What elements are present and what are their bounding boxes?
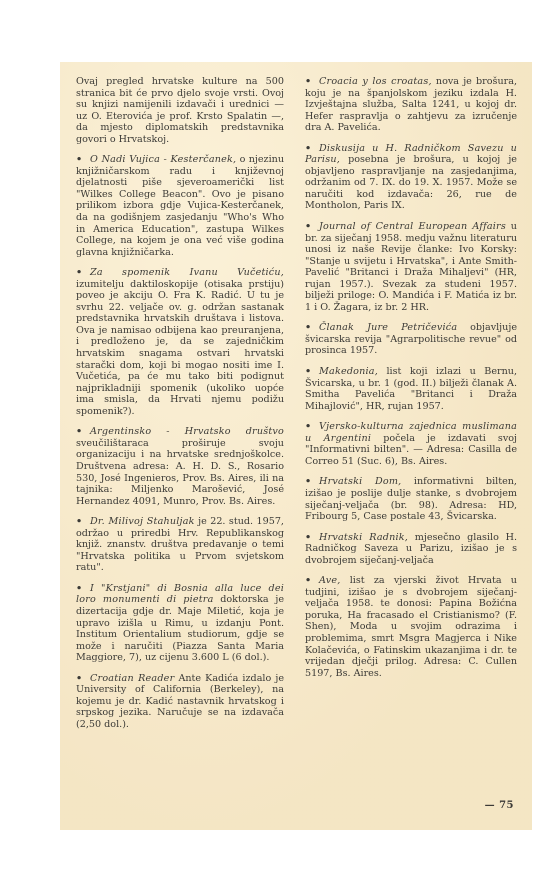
bullet-icon: • xyxy=(305,221,319,233)
news-item: •Argentinsko - Hrvatsko društvo sveučili… xyxy=(76,426,284,507)
bullet-icon: • xyxy=(76,673,90,685)
item-text: Ovaj pregled hrvatske kulture na 500 str… xyxy=(76,76,284,145)
item-title: Journal of Central European Affairs xyxy=(319,221,506,232)
bullet-icon: • xyxy=(305,532,319,544)
bullet-icon: • xyxy=(305,421,319,433)
page-number: — 75 xyxy=(485,800,514,811)
item-title: Croacia y los croatas, xyxy=(319,76,432,87)
bullet-icon: • xyxy=(305,476,319,488)
bullet-icon: • xyxy=(305,143,319,155)
news-item: Ovaj pregled hrvatske kulture na 500 str… xyxy=(76,76,284,145)
news-item: •Diskusija u H. Radničkom Savezu u Paris… xyxy=(305,143,517,212)
news-item: •Hrvatski Dom, informativni bilten, iziš… xyxy=(305,476,517,522)
right-column: •Croacia y los croatas, nova je brošura,… xyxy=(305,76,517,688)
item-title: Makedonia, xyxy=(319,366,378,377)
news-item: •Članak Jure Petričevića objavljuje švic… xyxy=(305,322,517,357)
bullet-icon: • xyxy=(305,76,319,88)
scanned-page: Ovaj pregled hrvatske kulture na 500 str… xyxy=(60,62,532,830)
item-title: Hrvatski Dom, xyxy=(319,476,401,487)
item-title: Hrvatski Radnik, xyxy=(319,532,408,543)
bullet-icon: • xyxy=(305,575,319,587)
news-item: •Za spomenik Ivanu Vučetiću, izumitelju … xyxy=(76,267,284,417)
bullet-icon: • xyxy=(76,516,90,528)
news-item: •I "Krstjani" di Bosnia alla luce dei lo… xyxy=(76,583,284,664)
bullet-icon: • xyxy=(305,366,319,378)
item-title: Argentinsko - Hrvatsko društvo xyxy=(90,426,284,437)
item-title: Za spomenik Ivanu Vučetiću, xyxy=(90,267,284,278)
item-text: izumitelju daktiloskopije (otisaka prsti… xyxy=(76,279,284,417)
item-text: sveučilištaraca proširuje svoju organiza… xyxy=(76,438,284,507)
bullet-icon: • xyxy=(76,154,90,166)
item-title: Ave, xyxy=(319,575,341,586)
bullet-icon: • xyxy=(76,583,90,595)
bullet-icon: • xyxy=(76,267,90,279)
left-column: Ovaj pregled hrvatske kulture na 500 str… xyxy=(76,76,284,739)
news-item: •Hrvatski Radnik, mjesečno glasilo H. Ra… xyxy=(305,532,517,567)
news-item: •Croacia y los croatas, nova je brošura,… xyxy=(305,76,517,134)
news-item: •Ave, list za vjerski život Hrvata u tud… xyxy=(305,575,517,679)
item-text: o njezinu knjižničarskom radu i književn… xyxy=(76,154,284,257)
item-title: Članak Jure Petričevića xyxy=(319,322,457,333)
news-item: •Journal of Central European Affairs u b… xyxy=(305,221,517,313)
news-item: •Dr. Milivoj Stahuljak je 22. stud. 1957… xyxy=(76,516,284,574)
bullet-icon: • xyxy=(76,426,90,438)
item-title: O Nadi Vujica - Kesterčanek, xyxy=(90,154,236,165)
news-item: •Croatian Reader Ante Kadića izdalo je U… xyxy=(76,673,284,731)
item-text: u br. za siječanj 1958. medju važnu lite… xyxy=(305,221,517,313)
news-item: •O Nadi Vujica - Kesterčanek, o njezinu … xyxy=(76,154,284,258)
item-title: Dr. Milivoj Stahuljak xyxy=(90,516,195,527)
news-item: •Vjersko-kulturna zajednica muslimana u … xyxy=(305,421,517,467)
bullet-icon: • xyxy=(305,322,319,334)
item-text: list za vjerski život Hrvata u tudjini, … xyxy=(305,575,517,678)
item-title: Croatian Reader xyxy=(90,673,174,684)
news-item: •Makedonia, list koji izlazi u Bernu, Šv… xyxy=(305,366,517,412)
